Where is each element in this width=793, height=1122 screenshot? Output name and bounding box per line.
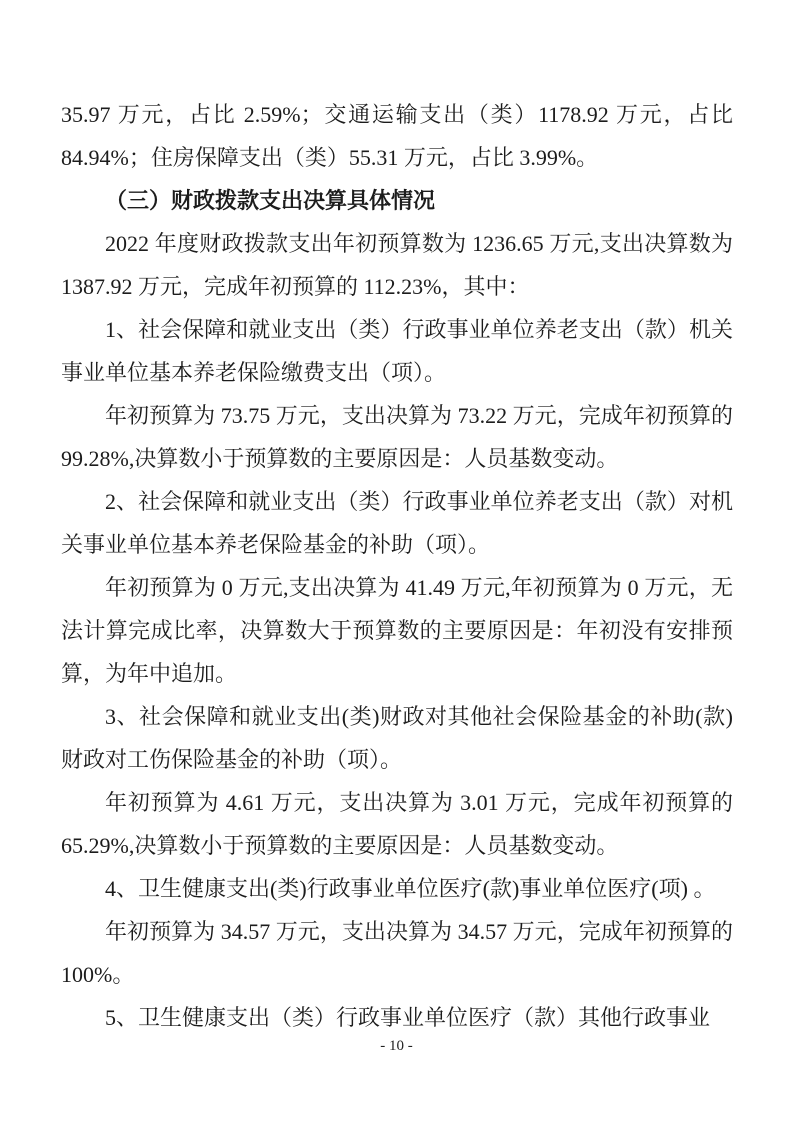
document-body: 35.97 万元，占比 2.59%；交通运输支出（类）1178.92 万元，占比… [61,93,733,1039]
paragraph-item-3-injury-insurance-subsidy: 3、社会保障和就业支出(类)财政对其他社会保险基金的补助(款)财政对工伤保险基金… [61,695,733,781]
section-heading-fiscal-appropriation-details: （三）财政拨款支出决算具体情况 [61,179,733,222]
page-number: - 10 - [0,1036,793,1056]
paragraph-item-3-figures: 年初预算为 4.61 万元，支出决算为 3.01 万元，完成年初预算的 65.2… [61,781,733,867]
paragraph-item-1-figures: 年初预算为 73.75 万元，支出决算为 73.22 万元，完成年初预算的 99… [61,394,733,480]
document-page: 35.97 万元，占比 2.59%；交通运输支出（类）1178.92 万元，占比… [0,0,793,1122]
paragraph-2022-budget-summary: 2022 年度财政拨款支出年初预算数为 1236.65 万元,支出决算数为 13… [61,222,733,308]
paragraph-item-5-other-medical: 5、卫生健康支出（类）行政事业单位医疗（款）其他行政事业 [61,996,733,1039]
paragraph-expenditure-share-continuation: 35.97 万元，占比 2.59%；交通运输支出（类）1178.92 万元，占比… [61,93,733,179]
paragraph-item-4-figures: 年初预算为 34.57 万元，支出决算为 34.57 万元，完成年初预算的 10… [61,910,733,996]
paragraph-item-2-figures: 年初预算为 0 万元,支出决算为 41.49 万元,年初预算为 0 万元，无法计… [61,566,733,695]
paragraph-item-1-pension-contribution: 1、社会保障和就业支出（类）行政事业单位养老支出（款）机关事业单位基本养老保险缴… [61,308,733,394]
paragraph-item-2-pension-fund-subsidy: 2、社会保障和就业支出（类）行政事业单位养老支出（款）对机关事业单位基本养老保险… [61,480,733,566]
paragraph-item-4-medical-institution: 4、卫生健康支出(类)行政事业单位医疗(款)事业单位医疗(项) 。 [61,867,733,910]
